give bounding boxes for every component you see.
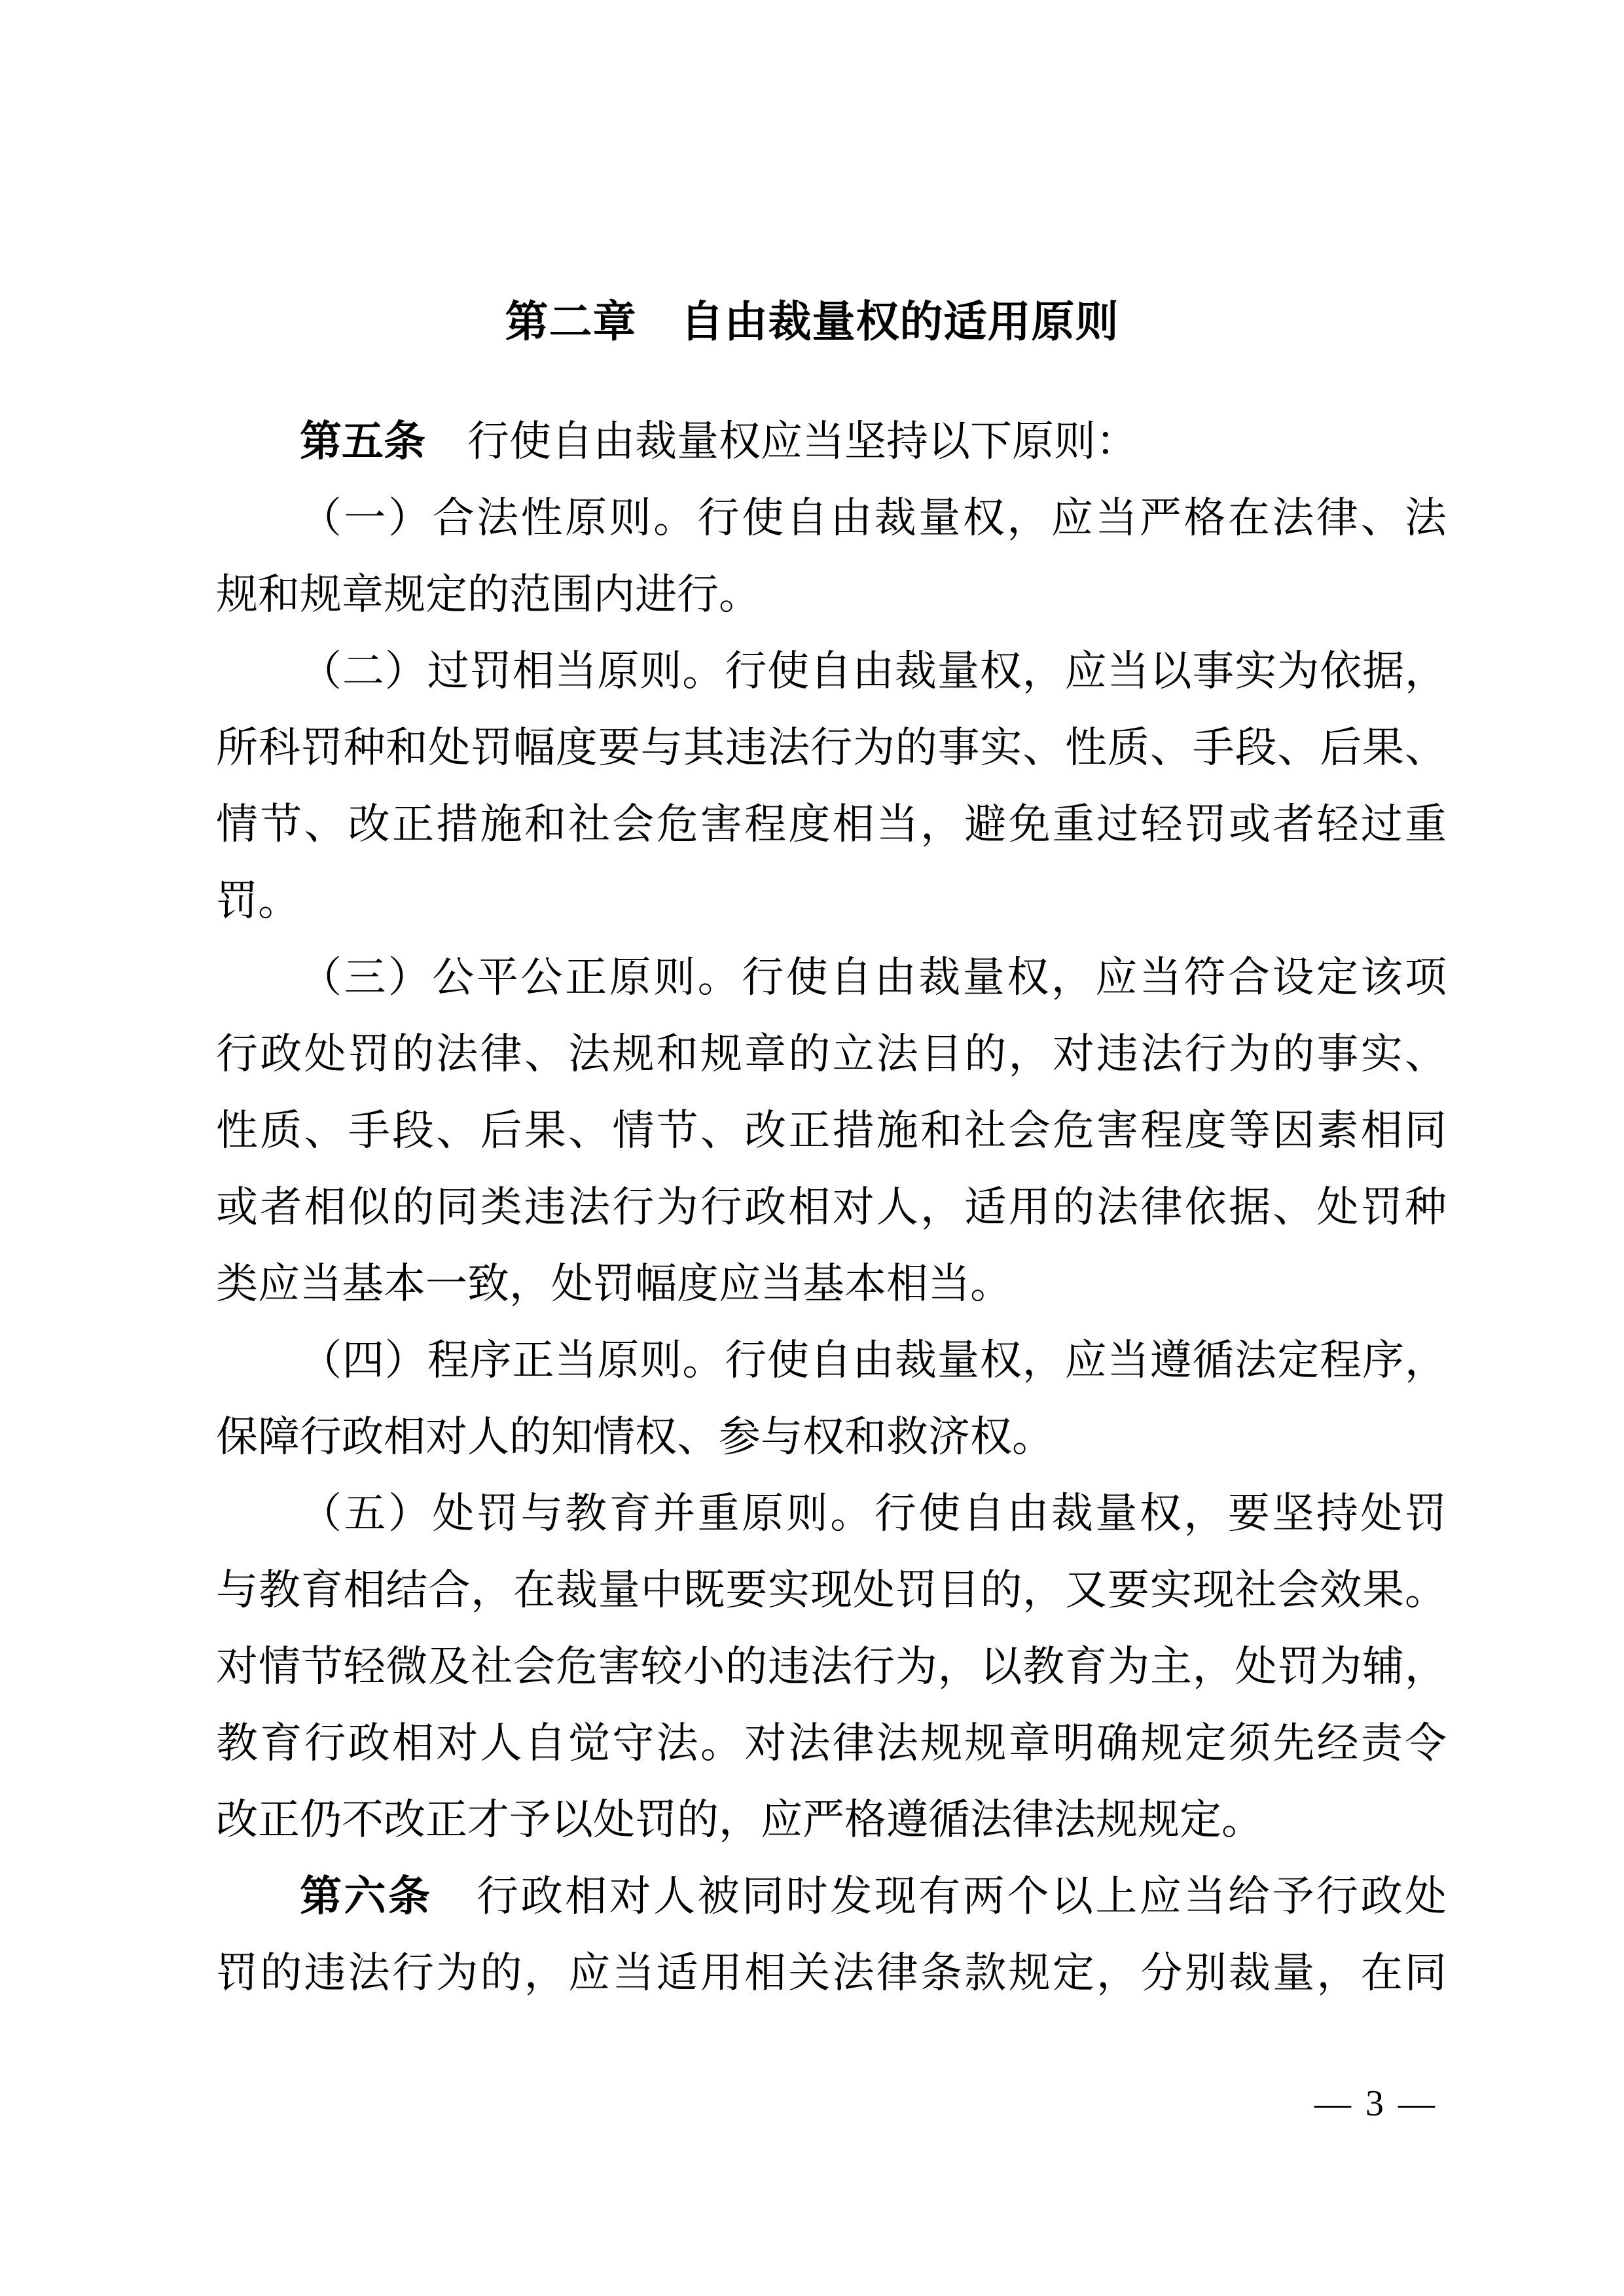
text-line: （二）过罚相当原则。行使自由裁量权，应当以事实为依据，: [216, 633, 1447, 709]
text-line: 规和规章规定的范围内进行。: [216, 556, 1447, 633]
line-text: 改正仍不改正才予以处罚的，应严格遵循法律法规规定。: [216, 1797, 1263, 1843]
line-text: 规和规章规定的范围内进行。: [216, 571, 761, 618]
text-line: （四）程序正当原则。行使自由裁量权，应当遵循法定程序，: [216, 1322, 1447, 1399]
line-text: 所科罚种和处罚幅度要与其违法行为的事实、性质、手段、后果、: [216, 725, 1447, 771]
text-line: 类应当基本一致，处罚幅度应当基本相当。: [216, 1246, 1447, 1322]
line-text: 行使自由裁量权应当坚持以下原则：: [425, 418, 1138, 465]
body-text: 第五条 行使自由裁量权应当坚持以下原则： （一）合法性原则。行使自由裁量权，应当…: [216, 403, 1447, 2011]
line-text: 罚的违法行为的，应当适用相关法律条款规定，分别裁量，在同: [216, 1950, 1447, 1996]
line-text: 情节、改正措施和社会危害程度相当，避免重过轻罚或者轻过重: [216, 801, 1447, 848]
line-text: 与教育相结合，在裁量中既要实现处罚目的，又要实现社会效果。: [216, 1567, 1447, 1613]
line-text: （五）处罚与教育并重原则。行使自由裁量权，要坚持处罚: [300, 1490, 1447, 1537]
text-line: 罚的违法行为的，应当适用相关法律条款规定，分别裁量，在同: [216, 1935, 1447, 2011]
line-text: （二）过罚相当原则。行使自由裁量权，应当以事实为依据，: [300, 648, 1447, 694]
page-number: — 3 —: [1314, 2085, 1437, 2122]
text-line: 第五条 行使自由裁量权应当坚持以下原则：: [216, 403, 1447, 480]
text-line: 第六条 行政相对人被同时发现有两个以上应当给予行政处: [216, 1858, 1447, 1935]
article-number-bold: 第六条: [300, 1873, 433, 1920]
text-line: 行政处罚的法律、法规和规章的立法目的，对违法行为的事实、: [216, 1016, 1447, 1092]
line-text: 保障行政相对人的知情权、参与权和救济权。: [216, 1414, 1054, 1460]
text-line: 性质、手段、后果、情节、改正措施和社会危害程度等因素相同: [216, 1092, 1447, 1169]
text-line: 情节、改正措施和社会危害程度相当，避免重过轻罚或者轻过重: [216, 786, 1447, 863]
line-text: 性质、手段、后果、情节、改正措施和社会危害程度等因素相同: [216, 1107, 1447, 1154]
line-text: 类应当基本一致，处罚幅度应当基本相当。: [216, 1261, 1012, 1307]
line-text: （一）合法性原则。行使自由裁量权，应当严格在法律、法: [300, 495, 1447, 541]
text-line: 或者相似的同类违法行为行政相对人，适用的法律依据、处罚种: [216, 1169, 1447, 1246]
line-text: 教育行政相对人自觉守法。对法律法规规章明确规定须先经责令: [216, 1720, 1447, 1767]
document-page: 第二章 自由裁量权的适用原则 第五条 行使自由裁量权应当坚持以下原则： （一）合…: [0, 0, 1624, 2296]
text-line: 保障行政相对人的知情权、参与权和救济权。: [216, 1399, 1447, 1475]
line-text: 或者相似的同类违法行为行政相对人，适用的法律依据、处罚种: [216, 1184, 1447, 1230]
text-line: （一）合法性原则。行使自由裁量权，应当严格在法律、法: [216, 480, 1447, 556]
line-text: （三）公平公正原则。行使自由裁量权，应当符合设定该项: [300, 954, 1447, 1001]
line-text: 罚。: [216, 878, 300, 924]
text-line: 改正仍不改正才予以处罚的，应严格遵循法律法规规定。: [216, 1782, 1447, 1858]
text-line: 与教育相结合，在裁量中既要实现处罚目的，又要实现社会效果。: [216, 1552, 1447, 1628]
text-line: （三）公平公正原则。行使自由裁量权，应当符合设定该项: [216, 939, 1447, 1016]
line-text: 对情节轻微及社会危害较小的违法行为，以教育为主，处罚为辅，: [216, 1643, 1447, 1690]
text-line: 对情节轻微及社会危害较小的违法行为，以教育为主，处罚为辅，: [216, 1628, 1447, 1705]
text-line: （五）处罚与教育并重原则。行使自由裁量权，要坚持处罚: [216, 1475, 1447, 1552]
text-line: 教育行政相对人自觉守法。对法律法规规章明确规定须先经责令: [216, 1705, 1447, 1782]
line-text: 行政处罚的法律、法规和规章的立法目的，对违法行为的事实、: [216, 1031, 1447, 1077]
chapter-title: 第二章 自由裁量权的适用原则: [0, 300, 1624, 343]
text-line: 所科罚种和处罚幅度要与其违法行为的事实、性质、手段、后果、: [216, 709, 1447, 786]
line-text: （四）程序正当原则。行使自由裁量权，应当遵循法定程序，: [300, 1337, 1447, 1384]
line-text: 行政相对人被同时发现有两个以上应当给予行政处: [433, 1873, 1447, 1920]
article-number-bold: 第五条: [300, 418, 425, 465]
text-line: 罚。: [216, 863, 1447, 939]
